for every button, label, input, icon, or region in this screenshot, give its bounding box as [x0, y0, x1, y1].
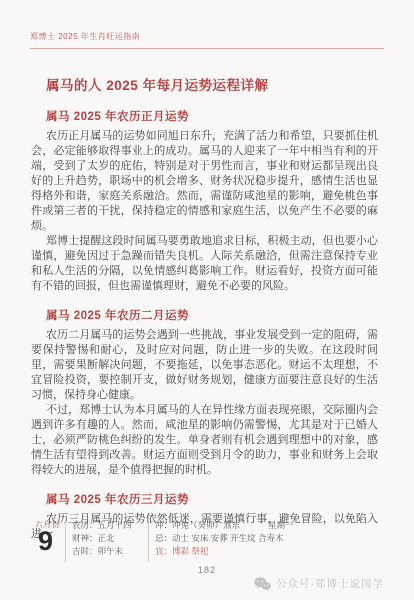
- almanac-value: 博彩 祭祀: [172, 546, 208, 556]
- wechat-account-badge: 公众号·郑博士说国学: [254, 576, 384, 591]
- wechat-account-name: 公众号·郑博士说国学: [276, 576, 384, 591]
- almanac-label: 忌：: [155, 533, 172, 543]
- almanac-row-suitable: 宜：博彩 祭祀: [155, 545, 325, 558]
- page-title: 属马的人 2025 年每月运势运程详解: [46, 74, 378, 94]
- almanac-day-number: 9: [38, 528, 53, 555]
- divider: [148, 519, 149, 562]
- almanac-value: 正北: [98, 533, 115, 543]
- section-heading: 属马 2025 年农历三月运势: [46, 491, 378, 507]
- almanac-value: 五月十四: [98, 520, 132, 530]
- section-lunar-month-2: 属马 2025 年农历二月运势 农历二月属马的运势会遇到一些挑战，事业发展受到一…: [31, 307, 378, 478]
- almanac-value: 卯午未: [98, 546, 124, 556]
- divider: [65, 519, 66, 562]
- almanac-row-clash: 冲：冲兔（癸卯）煞东: [155, 519, 325, 532]
- paragraph: 农历正月属马的运势如同旭日东升，充满了活力和希望，只要抓住机会，必定能够取得事业…: [31, 129, 378, 234]
- running-head-text: 郑博士 2025 年生肖旺运指南: [30, 32, 140, 41]
- almanac-column-advisories: 冲：冲兔（癸卯）煞东 忌：动土 安床 安葬 开生坟 合寿木 宜：博彩 祭祀: [155, 519, 325, 558]
- paragraph: 郑博士提醒这段时间属马要勇敢地追求目标，积极主动，但也要小心谨慎，避免因过于急躁…: [31, 234, 378, 294]
- almanac-weekday: 星期一: [268, 519, 294, 532]
- almanac-label: 农历：: [72, 520, 98, 530]
- almanac-row-lunar-date: 农历：五月十四: [72, 519, 146, 532]
- almanac-label: 宜：: [155, 546, 172, 556]
- almanac-column-dates: 农历：五月十四 财神：正北 吉时：卯午未: [72, 519, 146, 558]
- almanac-label: 财神：: [72, 533, 98, 543]
- paragraph: 不过，郑博士认为本月属马的人在异性缘方面表现亮眼，交际圈内会遇到许多有趣的人。然…: [31, 403, 378, 478]
- almanac-label: 冲：: [155, 520, 172, 530]
- almanac-strip: 六月份 9 农历：五月十四 财神：正北 吉时：卯午未 冲：冲兔（癸卯）煞东 忌：…: [31, 517, 381, 564]
- almanac-value: 动土 安床 安葬 开生坟 合寿木: [172, 533, 283, 543]
- almanac-row-avoid: 忌：动土 安床 安葬 开生坟 合寿木: [155, 532, 325, 545]
- almanac-row-wealth-god: 财神：正北: [72, 532, 146, 545]
- page-content: 属马的人 2025 年每月运势运程详解 属马 2025 年农历正月运势 农历正月…: [31, 74, 378, 542]
- section-lunar-month-1: 属马 2025 年农历正月运势 农历正月属马的运势如同旭日东升，充满了活力和希望…: [31, 108, 378, 294]
- almanac-value: 冲兔（癸卯）煞东: [172, 520, 240, 530]
- wechat-icon: [254, 577, 271, 591]
- page-header: 郑博士 2025 年生肖旺运指南: [30, 31, 384, 49]
- paragraph: 农历二月属马的运势会遇到一些挑战，事业发展受到一定的阻碍，需要保持警惕和耐心，及…: [31, 328, 378, 403]
- almanac-label: 吉时：: [72, 546, 98, 556]
- section-heading: 属马 2025 年农历正月运势: [46, 108, 378, 124]
- almanac-row-lucky-hours: 吉时：卯午未: [72, 545, 146, 558]
- page-number: 182: [0, 565, 414, 575]
- section-heading: 属马 2025 年农历二月运势: [46, 307, 378, 323]
